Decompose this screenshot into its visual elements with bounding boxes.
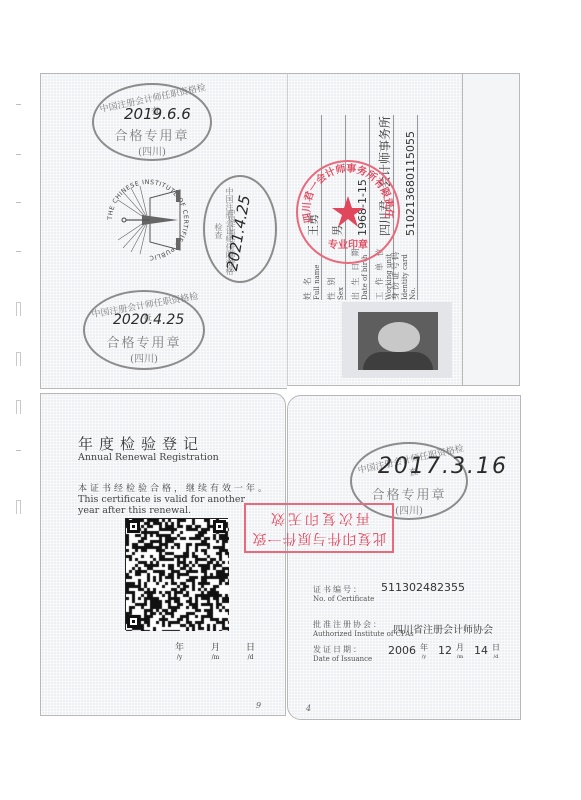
- day-en: /d: [494, 654, 499, 660]
- punch-mark: [16, 202, 21, 203]
- qr-finder: [127, 615, 140, 628]
- stamp-handwritten-date-2017: 2017.3.16: [378, 454, 508, 479]
- stamp-handwritten-date: 2019.6.6: [124, 105, 191, 123]
- qr-finder: [127, 520, 140, 533]
- issuance-year: 2006: [388, 644, 416, 657]
- cicpa-emblem: THE CHINESE INSTITUTE OF CERTIFIED PUBLI…: [98, 170, 198, 270]
- certificate-no-value: 511302482355: [381, 581, 465, 594]
- qr-code[interactable]: [125, 518, 228, 630]
- renewal-year-label: 年 /y: [175, 643, 184, 663]
- page-number-right: 4: [306, 704, 311, 713]
- page-margin: [463, 73, 520, 386]
- month-cn: 月: [211, 643, 220, 653]
- label-cn: 证书编号：: [313, 584, 374, 595]
- punch-hole: [16, 400, 21, 414]
- face-shape: [378, 322, 420, 352]
- renewal-month-label: 月 /m: [211, 643, 220, 663]
- day-cn: 日: [492, 643, 500, 652]
- renewal-statement-cn: 本证书经检验合格，继续有效一年。: [78, 481, 270, 494]
- holder-photo: [358, 312, 438, 370]
- inspection-stamp-2021: 中国注册会计师任职资格检查 中国注册会计师协会 2021.4.25: [203, 175, 277, 283]
- day-cn: 日: [246, 643, 255, 653]
- field-value-id: 510213680115055: [404, 131, 417, 240]
- punch-mark: [16, 450, 21, 451]
- year-cn: 年: [175, 643, 184, 653]
- shoulders-shape: [363, 352, 433, 370]
- month-en: /m: [211, 653, 220, 663]
- punch-hole: [16, 352, 21, 366]
- stamp-handwritten-date: 2020.4.25: [113, 312, 184, 328]
- punch-hole: [16, 302, 21, 316]
- label-cn: 发证日期：: [313, 644, 372, 655]
- issuance-month: 12: [438, 644, 452, 657]
- punch-hole: [16, 500, 21, 514]
- stamp-region: (四川): [85, 350, 203, 365]
- certificate-no-label: 证书编号： No. of Certificate: [313, 584, 374, 603]
- issuance-date-value: 2006 年 /y 12 月 /m 14 日 /d: [388, 644, 500, 661]
- issuance-date-label: 发证日期： Date of Issuance: [313, 644, 372, 663]
- scales-of-justice-icon: THE CHINESE INSTITUTE OF CERTIFIED PUBLI…: [98, 170, 198, 270]
- punch-mark: [16, 104, 21, 105]
- copy-certification-stamp: 再次复印无效 此复印件与原件一致: [244, 503, 394, 553]
- inspection-stamp-2019: 中国注册会计师任职资格检查 2019.6.6 合格专用章 (四川): [92, 83, 212, 161]
- issuance-day: 14: [474, 644, 488, 657]
- renewal-title-cn: 年度检验登记: [78, 433, 204, 454]
- month-unit: 月 /m: [456, 644, 464, 661]
- renewal-title-en: Annual Renewal Registration: [78, 452, 219, 463]
- qr-finder: [213, 520, 226, 533]
- field-label-en: Identity card No.: [401, 240, 417, 300]
- page-number-left: 9: [256, 701, 261, 710]
- month-cn: 月: [456, 643, 464, 652]
- seal-bottom-text: 专业印章: [298, 236, 398, 251]
- label-en: Date of Issuance: [313, 655, 372, 663]
- copy-stamp-line-2: 再次复印无效: [246, 509, 392, 529]
- year-en: /y: [175, 653, 184, 663]
- punch-mark: [16, 154, 21, 155]
- copy-stamp-line-1: 此复印件与原件一致: [246, 529, 392, 549]
- year-unit: 年 /y: [420, 644, 428, 661]
- year-en: /y: [422, 654, 427, 660]
- renewal-day-label: 日 /d: [246, 643, 255, 663]
- punch-mark: [16, 251, 21, 252]
- day-unit: 日 /d: [492, 644, 500, 661]
- year-cn: 年: [420, 643, 428, 652]
- stamp-region: (四川): [94, 143, 210, 158]
- renewal-statement-en: This certificate is valid for another ye…: [78, 494, 258, 516]
- stamp-center-text: 合格专用章: [352, 484, 466, 503]
- photo-frame: [342, 302, 452, 378]
- stamp-center-text: 合格专用章: [94, 125, 210, 144]
- stamp-center-text: 合格专用章: [85, 332, 203, 351]
- star-icon: [332, 196, 364, 227]
- label-en: No. of Certificate: [313, 595, 374, 603]
- authorized-institute-value: 四川省注册会计师协会: [393, 621, 493, 636]
- day-en: /d: [246, 653, 255, 663]
- inspection-stamp-2020: 中国注册会计师任职资格检查 2020.4.25 合格专用章 (四川): [83, 290, 205, 370]
- month-en: /m: [457, 654, 463, 660]
- company-seal: 四川君一会计师事务所有限责任公司 专业印章: [296, 160, 400, 264]
